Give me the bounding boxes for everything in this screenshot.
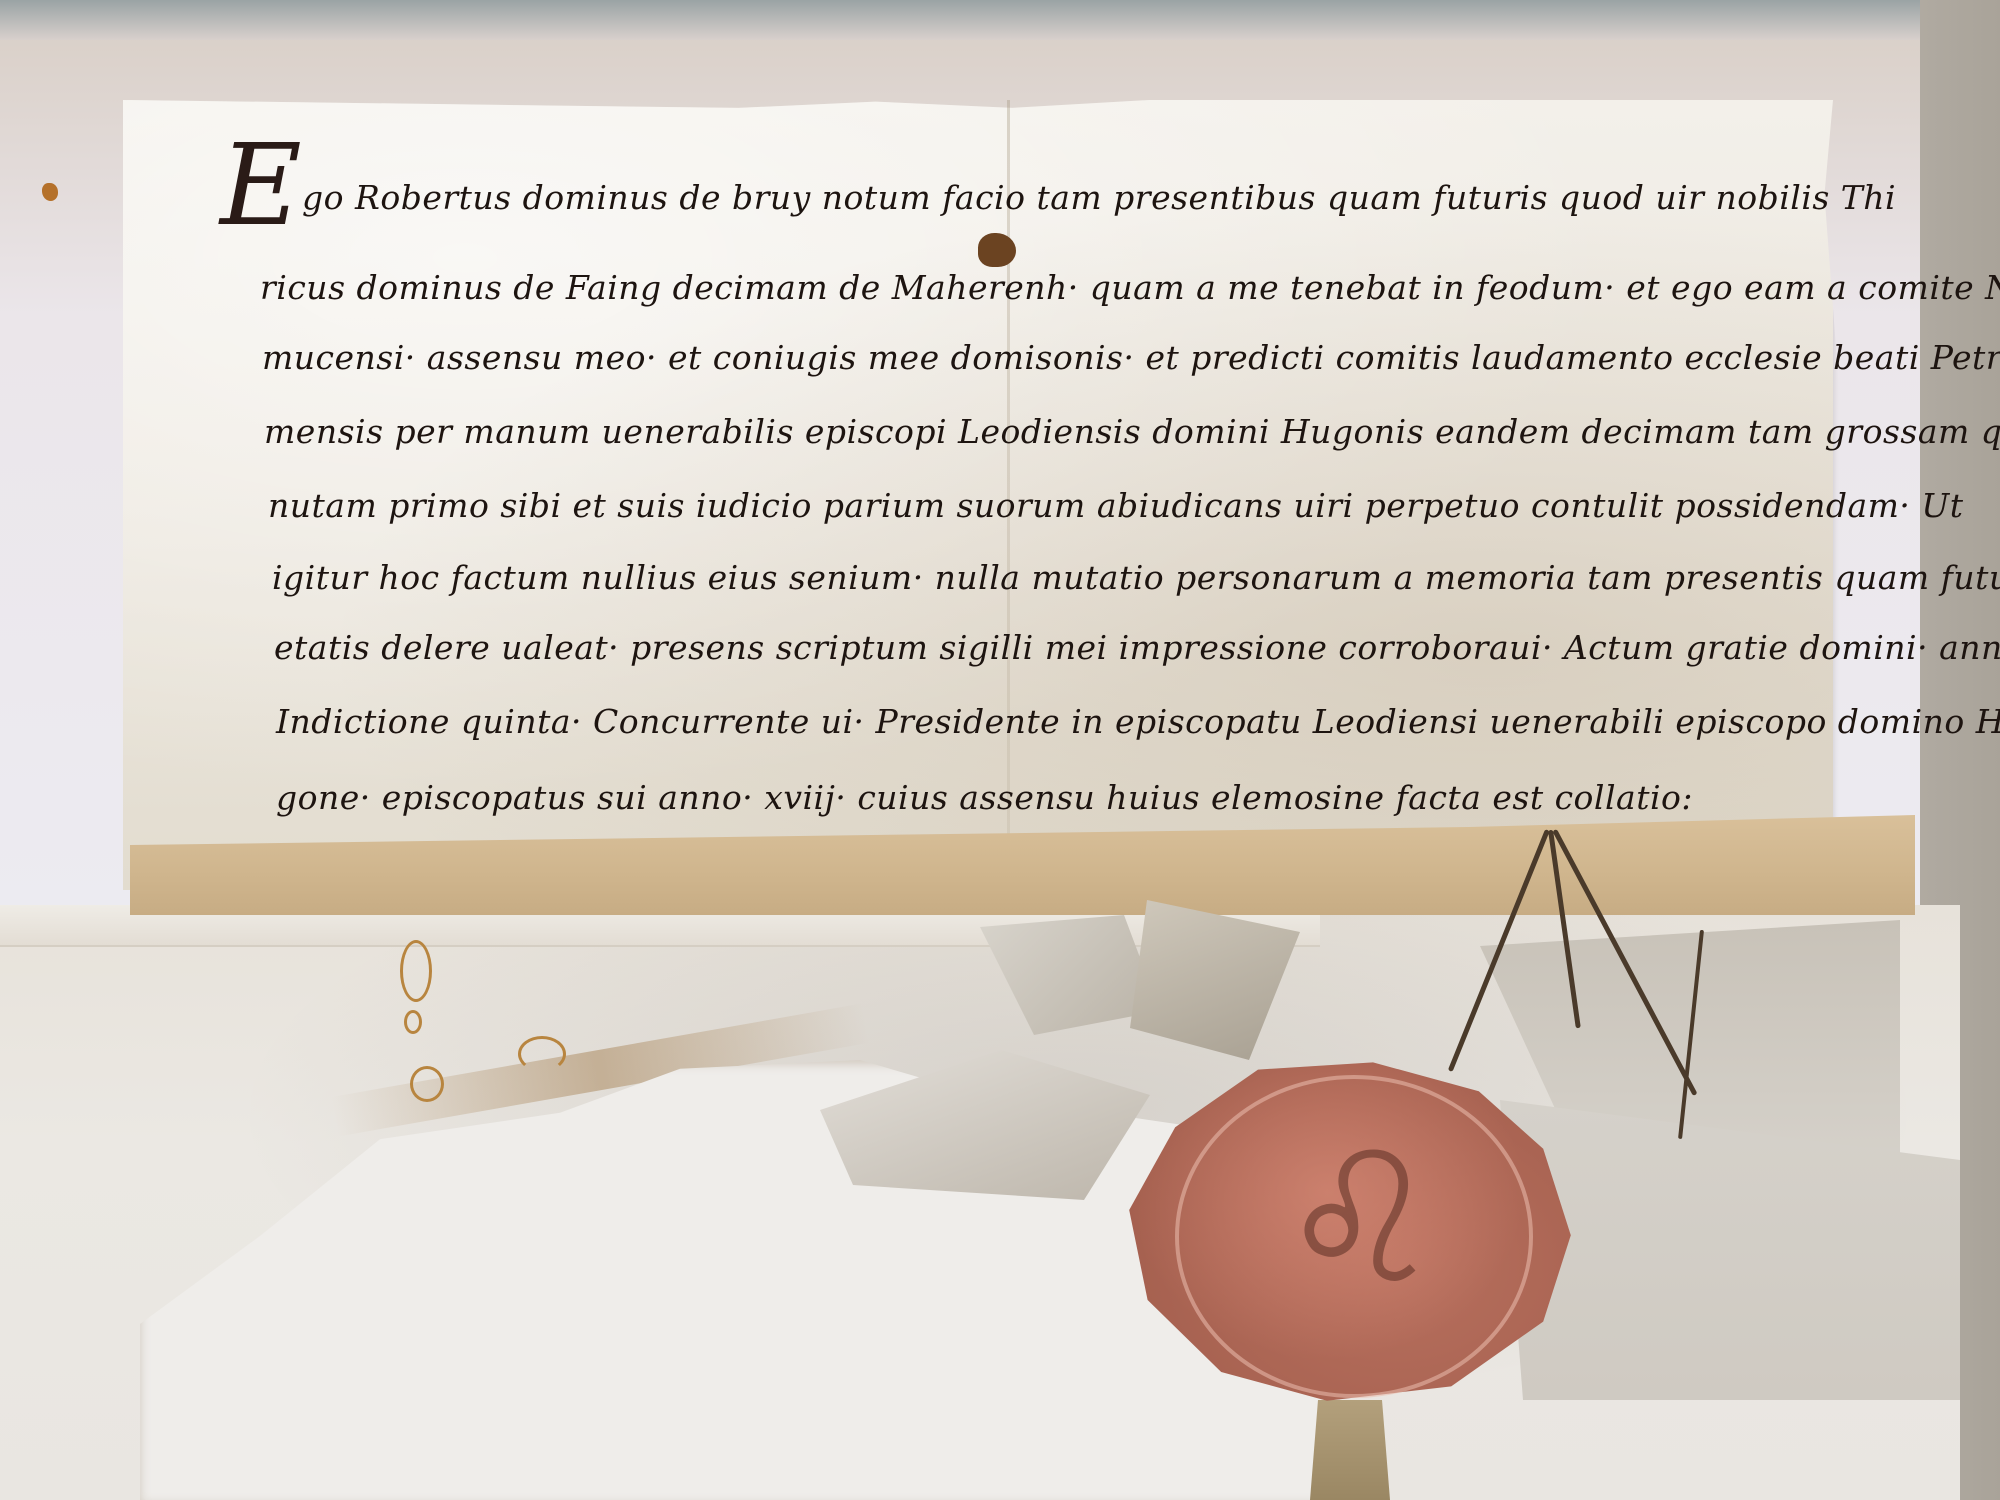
text-line-8: Indictione quinta· Concurrente ui· Presi… [276,702,2000,741]
text-line-5: nutam primo sibi et suis iudicio parium … [268,486,1964,525]
background-top-edge [0,0,2000,40]
marginal-ink-mark [518,1036,566,1072]
marginal-ink-mark [404,1010,422,1034]
wax-fragment [42,183,58,201]
text-line-7: etatis delere ualeat· presens scriptum s… [274,628,2000,667]
text-line-2: ricus dominus de Faing decimam de Mahere… [260,268,2000,307]
lion-icon: ♌ [1250,1110,1470,1330]
text-line-4: mensis per manum uenerabilis episcopi Le… [264,412,2000,451]
seal-tag [1310,1400,1390,1500]
marginal-ink-mark [400,940,432,1002]
decorated-initial: E [220,130,302,242]
text-line-9: gone· episcopatus sui anno· xviij· cuius… [276,778,1693,817]
text-line-3: mucensi· assensu meo· et coniugis mee do… [262,338,2000,377]
text-line-6: igitur hoc factum nullius eius senium· n… [272,558,2000,597]
parchment-hole [978,233,1016,267]
marginal-ink-mark [410,1066,444,1102]
text-line-1: go Robertus dominus de bruy notum facio … [302,178,1896,217]
